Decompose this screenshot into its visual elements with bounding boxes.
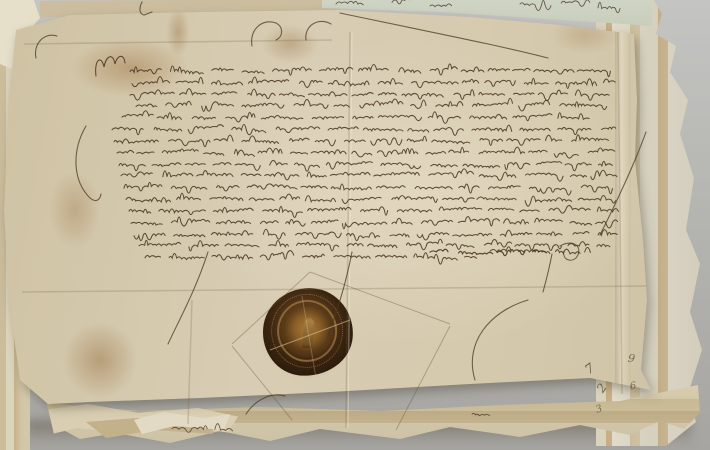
handwriting-line xyxy=(114,135,608,147)
handwriting-fragment xyxy=(598,2,620,13)
handwriting-line xyxy=(121,169,617,181)
ink-layer xyxy=(0,0,710,450)
handwriting-line xyxy=(129,205,618,217)
seal-cracks xyxy=(270,296,350,378)
crease-line xyxy=(346,32,350,428)
crease-line xyxy=(22,286,646,292)
handwriting-line xyxy=(119,160,612,171)
ink-flourish xyxy=(36,35,57,58)
handwriting-line xyxy=(136,98,607,111)
handwriting-fragment xyxy=(336,1,363,4)
crease-line xyxy=(24,40,332,44)
handwriting-line xyxy=(122,111,589,124)
handwriting-line xyxy=(490,247,590,254)
crease-line xyxy=(188,300,192,424)
handwriting-line xyxy=(134,229,617,240)
ink-flourish xyxy=(472,300,528,380)
handwriting-fragment xyxy=(172,424,233,433)
crease-lines xyxy=(22,32,646,430)
ink-flourish xyxy=(306,21,331,40)
handwriting-line xyxy=(131,217,618,229)
handwriting-fragment xyxy=(520,0,590,11)
ink-flourish xyxy=(340,13,548,58)
handwriting-line xyxy=(132,77,615,89)
handwriting-line xyxy=(145,251,477,265)
ink-flourish xyxy=(252,22,282,46)
handwriting-line xyxy=(96,56,611,76)
ink-flourish xyxy=(76,126,101,201)
handwriting-fragment xyxy=(430,4,452,7)
handwriting-line xyxy=(112,125,616,136)
handwriting-line xyxy=(130,89,609,101)
handwriting-fragments xyxy=(172,0,620,432)
handwriting-block xyxy=(96,56,619,264)
handwriting-line xyxy=(117,147,615,158)
archival-photo: 7 9 2 6 3 I/500 27 xyxy=(0,0,710,450)
handwriting-line xyxy=(139,239,610,251)
ink-flourish xyxy=(140,2,152,15)
handwriting-fragment xyxy=(392,0,416,4)
ink-flourish xyxy=(600,132,646,235)
handwriting-line xyxy=(124,182,612,195)
ink-flourish xyxy=(168,252,208,344)
crease-line xyxy=(618,32,622,394)
handwriting-line xyxy=(126,193,615,206)
handwriting-fragment xyxy=(472,413,490,415)
